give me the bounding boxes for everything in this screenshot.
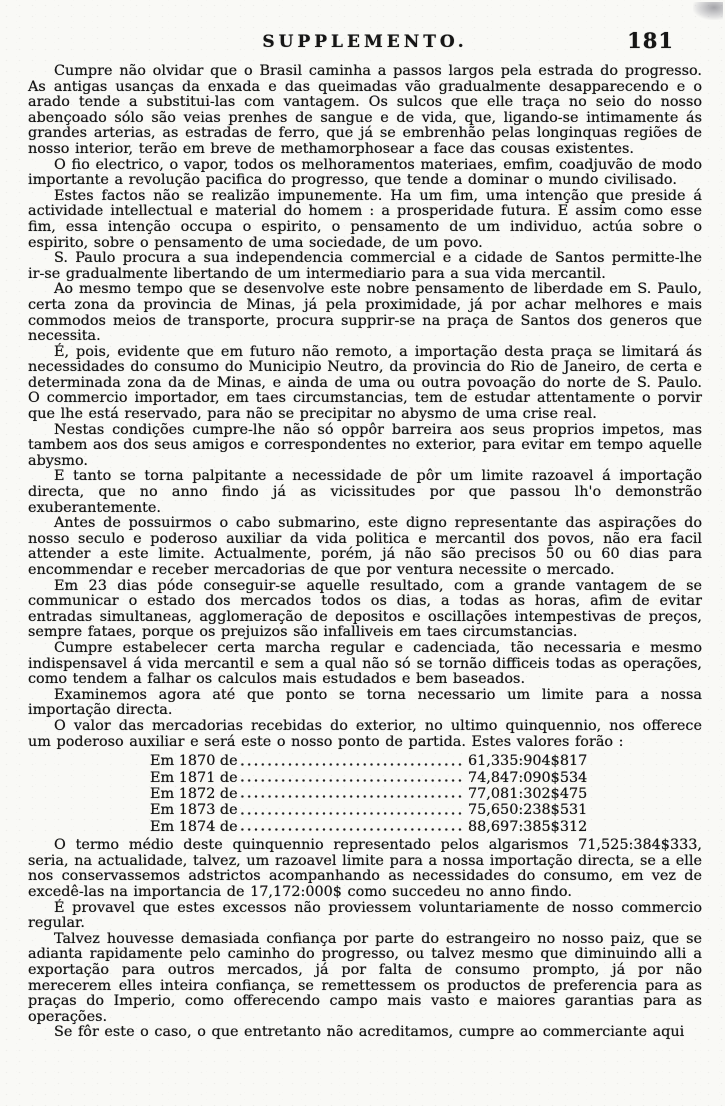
paragraph: O fio electrico, o vapor, todos os melho… bbox=[28, 158, 702, 189]
table-row-label: Em 1874 de bbox=[150, 819, 238, 835]
dot-leader bbox=[239, 786, 464, 802]
table-row-label: Em 1873 de bbox=[150, 802, 238, 818]
table-row: Em 1870 de 61,335:904$817 bbox=[150, 753, 602, 769]
paragraph: Cumpre não olvidar que o Brasil caminha … bbox=[28, 64, 702, 158]
page-header: SUPPLEMENTO. 181 bbox=[28, 24, 702, 58]
scan-smudge-artifact bbox=[693, 2, 723, 20]
paragraph: Examinemos agora até que ponto se torna … bbox=[28, 688, 702, 719]
paragraph: E tanto se torna palpitante a necessidad… bbox=[28, 469, 702, 516]
paragraph: S. Paulo procura a sua independencia com… bbox=[28, 251, 702, 282]
paragraph: Nestas condições cumpre-lhe não só oppôr… bbox=[28, 423, 702, 470]
paragraph: O termo médio deste quinquennio represen… bbox=[28, 838, 702, 900]
table-row-value: 77,081:302$475 bbox=[468, 786, 602, 802]
scanned-page: SUPPLEMENTO. 181 Cumpre não olvidar que … bbox=[0, 0, 725, 1106]
running-title: SUPPLEMENTO. bbox=[28, 24, 702, 52]
table-row-value: 75,650:238$531 bbox=[468, 802, 602, 818]
paragraph: É provavel que estes excessos não provie… bbox=[28, 901, 702, 932]
import-values-table: Em 1870 de 61,335:904$817 Em 1871 de 74,… bbox=[150, 753, 602, 835]
paragraph: Em 23 dias póde conseguir-se aquelle res… bbox=[28, 579, 702, 641]
dot-leader bbox=[239, 753, 464, 769]
table-row-label: Em 1871 de bbox=[150, 770, 238, 786]
paragraph: Se fôr este o caso, o que entretanto não… bbox=[28, 1025, 702, 1041]
dot-leader bbox=[239, 802, 464, 818]
table-row-label: Em 1870 de bbox=[150, 753, 238, 769]
paragraph: Talvez houvesse demasiada confiança por … bbox=[28, 932, 702, 1026]
dot-leader bbox=[239, 770, 464, 786]
table-row-value: 88,697:385$312 bbox=[468, 819, 602, 835]
page-body: Cumpre não olvidar que o Brasil caminha … bbox=[28, 64, 702, 1041]
dot-leader bbox=[239, 819, 464, 835]
paragraph: O valor das mercadorias recebidas do ext… bbox=[28, 719, 702, 750]
paragraph: Estes factos não se realizão impunemente… bbox=[28, 189, 702, 251]
table-row-value: 74,847:090$534 bbox=[468, 770, 602, 786]
table-row-label: Em 1872 de bbox=[150, 786, 238, 802]
paragraph: Ao mesmo tempo que se desenvolve este no… bbox=[28, 282, 702, 344]
table-row: Em 1873 de 75,650:238$531 bbox=[150, 802, 602, 818]
table-row: Em 1872 de 77,081:302$475 bbox=[150, 786, 602, 802]
paragraph: Cumpre estabelecer certa marcha regular … bbox=[28, 641, 702, 688]
table-row: Em 1874 de 88,697:385$312 bbox=[150, 819, 602, 835]
page-number: 181 bbox=[627, 28, 674, 53]
paragraph: É, pois, evidente que em futuro não remo… bbox=[28, 345, 702, 423]
table-row: Em 1871 de 74,847:090$534 bbox=[150, 770, 602, 786]
paragraph: Antes de possuirmos o cabo submarino, es… bbox=[28, 516, 702, 578]
table-row-value: 61,335:904$817 bbox=[468, 753, 602, 769]
